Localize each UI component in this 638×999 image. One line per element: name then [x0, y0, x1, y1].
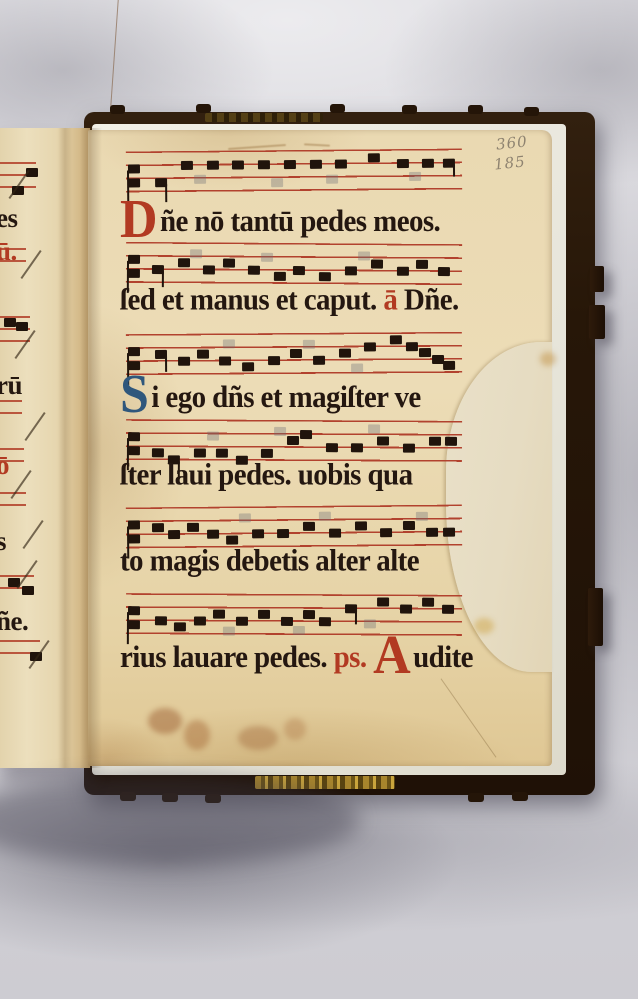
neume: [223, 259, 235, 268]
left-page-text-fragment: ū.: [0, 238, 17, 265]
neume: [345, 604, 357, 613]
neume: [219, 356, 231, 365]
neume: [371, 260, 383, 269]
showthrough-neume: [271, 178, 283, 187]
left-page-text-fragment: rū: [0, 372, 22, 399]
chant-text: ā: [383, 283, 404, 317]
chant-text-line: ſed et manus et caput. ā Dñe.: [120, 285, 459, 316]
chant-text: Dñe.: [404, 283, 459, 317]
showthrough-neume: [190, 249, 202, 258]
neume: [152, 448, 164, 457]
neume: [128, 433, 140, 442]
neume: [284, 159, 296, 168]
music-stave: [126, 149, 462, 194]
neume: [128, 178, 140, 187]
neume: [128, 620, 140, 629]
clasp-fitting: [589, 305, 605, 339]
binding-stud: [402, 105, 417, 114]
neume: [300, 430, 312, 439]
chant-text: ſed et manus et caput.: [120, 283, 383, 317]
neume: [128, 521, 140, 530]
stain: [184, 720, 210, 750]
neume: [152, 523, 164, 532]
neume: [235, 616, 247, 625]
neume: [345, 266, 357, 275]
chant-text-line: to magis debetis alter alte: [120, 546, 419, 577]
neume: [203, 265, 215, 274]
left-page-text-fragment: ñe.: [0, 608, 28, 635]
neume: [364, 342, 376, 351]
neume: [287, 436, 299, 445]
music-stave: [126, 419, 462, 463]
chant-text: ñe nō tantū pedes meos.: [160, 204, 440, 238]
neume: [274, 272, 286, 281]
neume: [443, 158, 455, 167]
binding-stud: [468, 793, 484, 802]
binding-tooling-top: [205, 113, 323, 122]
left-page-text-fragment: ō: [0, 452, 9, 479]
left-page-neume: [4, 318, 16, 327]
neume: [367, 154, 379, 163]
faint-scribble: [304, 143, 330, 146]
music-stave: [126, 242, 462, 286]
neume: [290, 349, 302, 358]
neume: [443, 361, 455, 370]
neume: [390, 335, 402, 344]
faint-scribble: [228, 144, 286, 150]
stain: [284, 718, 306, 740]
showthrough-neume: [416, 512, 428, 521]
left-page-text-fragment: es: [0, 205, 18, 232]
showthrough-neume: [409, 171, 421, 180]
neume: [400, 604, 412, 613]
showthrough-neume: [326, 175, 338, 184]
neume: [406, 342, 418, 351]
neume: [432, 355, 444, 364]
neume: [258, 160, 270, 169]
gutter-shadow: [80, 128, 102, 768]
photo-scene: esū.rūōsñe. 360 185 Dñe nō tantū pedes m…: [0, 0, 638, 999]
showthrough-neume: [358, 252, 370, 261]
stain: [474, 618, 494, 634]
neume: [443, 527, 455, 536]
neume: [178, 356, 190, 365]
showthrough-neume: [368, 425, 380, 434]
neume: [309, 159, 321, 168]
neume: [128, 607, 140, 616]
binding-stud: [468, 105, 483, 114]
binding-stud: [110, 105, 125, 114]
neume: [429, 437, 441, 446]
left-page: esū.rūōsñe.: [0, 128, 90, 768]
showthrough-neume: [351, 363, 363, 372]
left-page-pen-stroke: [22, 520, 43, 549]
neume: [206, 160, 218, 169]
clasp-fitting: [588, 588, 603, 646]
neume: [396, 159, 408, 168]
neume: [187, 523, 199, 532]
binding-stud: [196, 104, 211, 113]
stain: [540, 352, 556, 366]
neume: [380, 528, 392, 537]
neume: [303, 610, 315, 619]
neume: [293, 266, 305, 275]
neume: [128, 347, 140, 356]
chant-text-line: ſter laui pedes. uobis qua: [120, 460, 412, 491]
illuminated-initial: D: [120, 189, 157, 249]
illuminated-initial: S: [120, 364, 148, 424]
music-stave: [126, 332, 462, 376]
neume: [177, 258, 189, 267]
neume: [377, 597, 389, 606]
neume: [127, 268, 139, 277]
neume: [252, 529, 264, 538]
neume: [442, 604, 454, 613]
parchment-crease: [441, 678, 497, 757]
stain: [238, 726, 278, 750]
neume: [403, 521, 415, 530]
right-page: 360 185 Dñe nō tantū pedes meos.ſed et m…: [88, 130, 552, 766]
neume: [216, 449, 228, 458]
chant-text-line: Si ego dñs et magiſter ve: [120, 373, 421, 413]
neume: [445, 437, 457, 446]
music-stave: [126, 505, 462, 550]
pencil-shelf-number: 360: [495, 132, 528, 153]
neume: [128, 165, 140, 174]
chant-text-line: rius lauare pedes. ps. Audite: [120, 633, 473, 673]
neume: [128, 446, 140, 455]
showthrough-neume: [194, 175, 206, 184]
neume: [155, 616, 167, 625]
neume: [281, 617, 293, 626]
showthrough-neume: [239, 513, 251, 522]
neume: [338, 349, 350, 358]
chant-text: i ego dñs et magiſter ve: [151, 380, 420, 414]
neume: [419, 348, 431, 357]
neume: [258, 610, 270, 619]
neume: [326, 443, 338, 452]
neume: [181, 160, 193, 169]
chant-text: udite: [413, 640, 473, 674]
neume: [155, 350, 167, 359]
neume: [396, 266, 408, 275]
neume: [174, 622, 186, 631]
showthrough-neume: [319, 511, 331, 520]
neume: [261, 449, 273, 458]
neume: [313, 355, 325, 364]
neume: [377, 436, 389, 445]
chant-text: to magis debetis alter alte: [120, 544, 419, 578]
binding-stud: [512, 792, 528, 801]
neume: [416, 260, 428, 269]
neume: [351, 443, 363, 452]
neume: [152, 265, 164, 274]
neume: [207, 529, 219, 538]
stain: [148, 708, 182, 734]
neume: [213, 610, 225, 619]
chant-text-line: Dñe nō tantū pedes meos.: [120, 197, 440, 237]
showthrough-neume: [261, 252, 273, 261]
left-page-neume: [22, 586, 34, 595]
neume: [194, 449, 206, 458]
neume: [335, 159, 347, 168]
neume: [403, 443, 415, 452]
neume: [355, 521, 367, 530]
neume: [268, 356, 280, 365]
hanging-wire: [109, 0, 119, 118]
music-stave: [126, 593, 462, 637]
neume: [303, 522, 315, 531]
parchment-crease: [58, 128, 72, 768]
pencil-folio-number: 185: [493, 152, 526, 173]
neume: [319, 272, 331, 281]
chant-text: rius lauare pedes.: [120, 640, 334, 674]
chant-text: ps.: [334, 640, 374, 674]
neume: [422, 158, 434, 167]
neume: [277, 529, 289, 538]
left-page-neume: [16, 322, 28, 331]
showthrough-neume: [207, 432, 219, 441]
neume: [155, 178, 167, 187]
stave-lines: [126, 242, 462, 286]
neume: [242, 362, 254, 371]
cast-shadow: [0, 775, 360, 865]
neume: [128, 255, 140, 264]
clasp-fitting: [590, 266, 604, 292]
neume: [248, 265, 260, 274]
binding-stud: [330, 104, 345, 113]
neume: [194, 616, 206, 625]
left-page-pen-stroke: [24, 412, 45, 441]
showthrough-neume: [274, 427, 286, 436]
showthrough-neume: [222, 339, 234, 348]
neume: [426, 527, 438, 536]
neume: [128, 534, 140, 543]
binding-stud: [524, 107, 539, 116]
neume: [422, 598, 434, 607]
illuminated-initial: A: [373, 625, 410, 685]
left-page-text-fragment: s: [0, 528, 6, 555]
neume: [329, 528, 341, 537]
neume: [168, 530, 180, 539]
chant-text: ſter laui pedes. uobis qua: [120, 458, 412, 492]
left-page-stave-stub: [0, 400, 22, 424]
neume: [197, 350, 209, 359]
neume: [232, 160, 244, 169]
neume: [319, 617, 331, 626]
neume: [438, 267, 450, 276]
showthrough-neume: [303, 340, 315, 349]
